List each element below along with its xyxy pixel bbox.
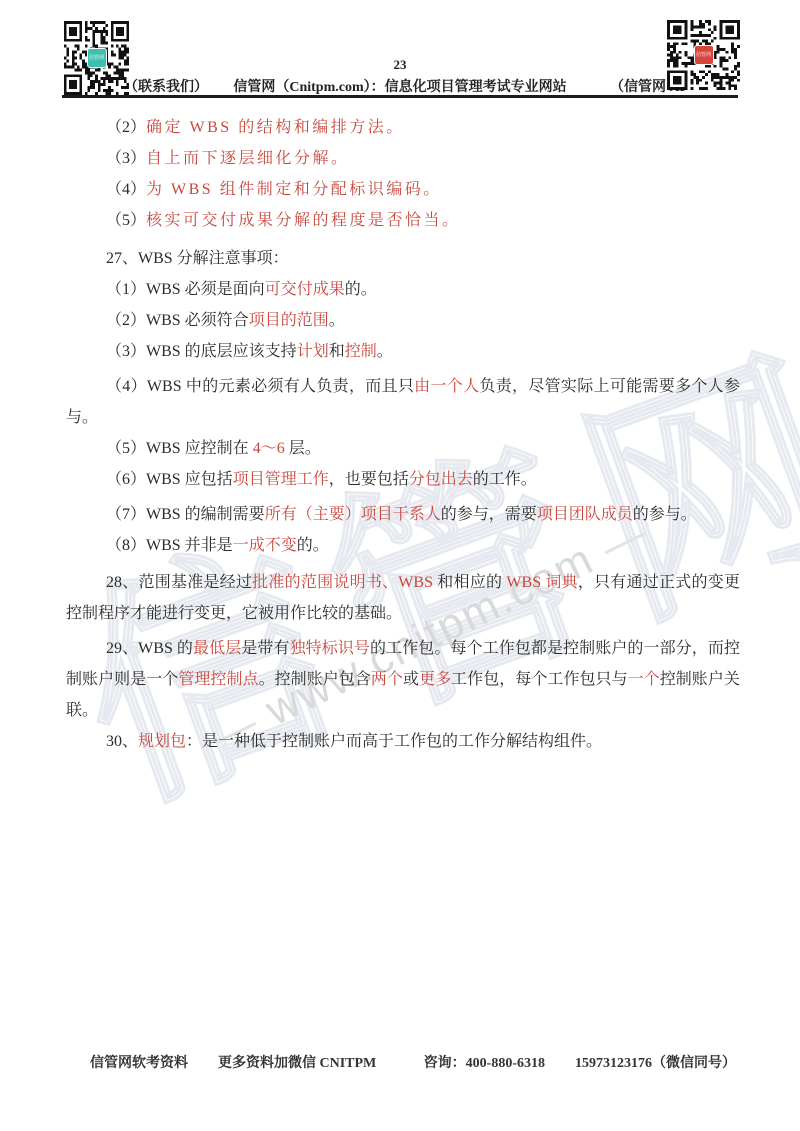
paragraph: （1）WBS 必须是面向可交付成果的。 (66, 274, 740, 305)
paragraph: （6）WBS 应包括项目管理工作，也要包括分包出去的工作。 (66, 464, 740, 495)
paragraph: （4）WBS 中的元素必须有人负责，而且只由一个人负责，尽管实际上可能需要多个人… (66, 371, 740, 433)
paragraph: （2）WBS 必须符合项目的范围。 (66, 305, 740, 336)
paragraph: （3）WBS 的底层应该支持计划和控制。 (66, 336, 740, 367)
footer-hotline-text: 咨询：400-880-6318 (424, 1052, 545, 1072)
qr-code-app: 信管网 (667, 20, 740, 90)
paragraph: （5）WBS 应控制在 4～6 层。 (66, 433, 740, 464)
paragraph: 28、范围基准是经过批准的范围说明书、WBS 和相应的 WBS 词典，只有通过正… (66, 567, 740, 629)
qr-code-contact: 信管网 (64, 21, 129, 95)
paragraph: 27、WBS 分解注意事项： (66, 243, 740, 274)
footer-brand-text: 信管网软考资料 (90, 1052, 188, 1072)
footer-wechat-text: 更多资料加微信 CNITPM (218, 1052, 376, 1072)
document-body: （2）确定 WBS 的结构和编排方法。（3）自上而下逐层细化分解。（4）为 WB… (66, 112, 740, 757)
footer: 信管网软考资料 更多资料加微信 CNITPM 咨询：400-880-6318 1… (90, 1052, 736, 1072)
paragraph: 30、规划包：是一种低于控制账户而高于工作包的工作分解结构组件。 (66, 726, 740, 757)
paragraph: （5）核实可交付成果分解的程度是否恰当。 (66, 205, 740, 236)
cnitpm-red-logo-icon: 信管网 (694, 45, 714, 65)
document-page: 23 信管网 信管网 （联系我们） 信管网（Cnitpm.com）：信息化项目管… (0, 0, 800, 1131)
paragraph: （2）确定 WBS 的结构和编排方法。 (66, 112, 740, 143)
paragraph: 29、WBS 的最低层是带有独特标识号的工作包。每个工作包都是控制账户的一部分，… (66, 633, 740, 726)
paragraph: （8）WBS 并非是一成不变的。 (66, 530, 740, 561)
paragraph: （3）自上而下逐层细化分解。 (66, 143, 740, 174)
cnitpm-teal-logo-icon: 信管网 (87, 48, 107, 68)
paragraph: （7）WBS 的编制需要所有（主要）项目干系人的参与，需要项目团队成员的参与。 (66, 499, 740, 530)
footer-phone-text: 15973123176（微信同号） (575, 1052, 736, 1072)
paragraph: （4）为 WBS 组件制定和分配标识编码。 (66, 174, 740, 205)
